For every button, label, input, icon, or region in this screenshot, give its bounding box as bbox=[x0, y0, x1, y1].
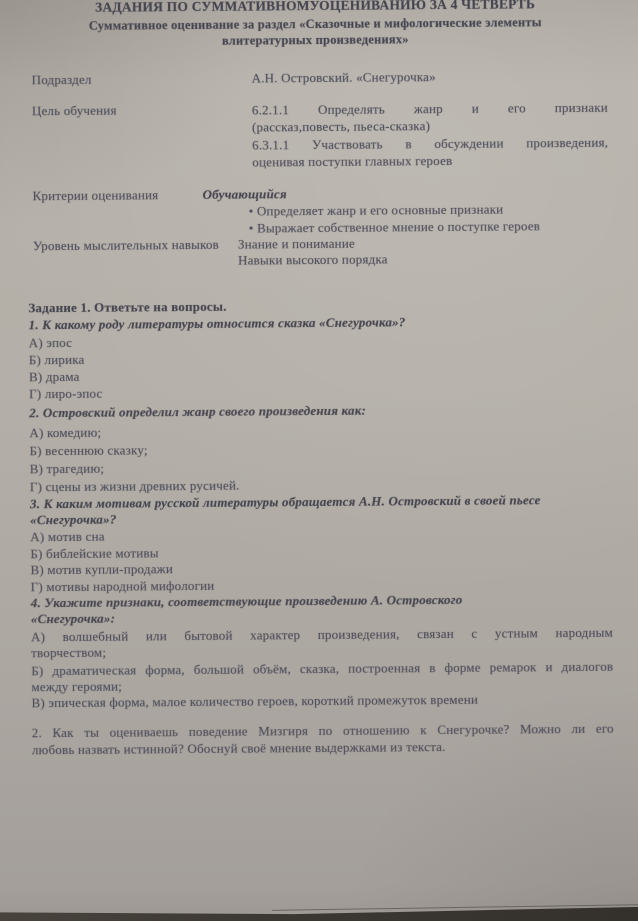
q3-option: Г) мотивы народной мифологии bbox=[31, 578, 215, 595]
q1-option: Г) лиро-эпос bbox=[29, 386, 103, 403]
meta-goal-label: Цель обучения bbox=[32, 103, 117, 120]
meta-level-line: Знание и понимание bbox=[238, 236, 355, 253]
q1-option: В) драма bbox=[29, 369, 80, 385]
q4-option-line: В) эпическая форма, малое количество гер… bbox=[31, 692, 478, 712]
q2-option: В) трагедию; bbox=[30, 461, 105, 478]
meta-level-line: Навыки высокого порядка bbox=[238, 251, 388, 268]
q1-option: Б) лирика bbox=[29, 352, 85, 368]
meta-subsection-value: А.Н. Островский. «Снегурочка» bbox=[252, 69, 436, 86]
meta-criteria-bullet: • Определяет жанр и его основные признак… bbox=[249, 202, 504, 220]
q4-option-line: между героями; bbox=[31, 679, 122, 696]
q4-option-line: Б) драматическая форма, большой объём, с… bbox=[31, 658, 613, 680]
free-question-line: любовь назвать истинной? Обоснуй своё мн… bbox=[32, 739, 446, 758]
q4-title-line: «Снегурочка»: bbox=[31, 611, 115, 628]
q4-option-line: А) волшебный или бытовой характер произв… bbox=[31, 624, 613, 646]
q3-option: Б) библейские мотивы bbox=[30, 545, 158, 562]
q3-option: В) мотив купли-продажи bbox=[30, 561, 173, 578]
meta-goal-line: (рассказ,повесть, пьеса-сказка) bbox=[252, 116, 608, 136]
document-page: ЗАДАНИЯ ПО СУММАТИВНОМУОЦЕНИВАНИЮ ЗА 4 Ч… bbox=[0, 0, 638, 921]
meta-goal-line: оценивая поступки главных героев bbox=[252, 151, 608, 171]
q3-option: А) мотив сна bbox=[30, 529, 105, 546]
meta-criteria-bullet: • Выражает собственное мнение о поступке… bbox=[249, 218, 540, 236]
q2-title: 2. Островский определил жанр своего прои… bbox=[29, 403, 366, 422]
meta-level-label: Уровень мыслительных навыков bbox=[33, 237, 219, 254]
photographed-document: ЗАДАНИЯ ПО СУММАТИВНОМУОЦЕНИВАНИЮ ЗА 4 Ч… bbox=[0, 0, 638, 921]
meta-subsection-label: Подраздел bbox=[32, 72, 92, 88]
meta-criteria-subject: Обучающийся bbox=[202, 186, 286, 203]
q1-title: 1. К какому роду литературы относится ск… bbox=[29, 314, 406, 333]
q3-title-line: 3. К каким мотивам русской литературы об… bbox=[30, 492, 541, 512]
q3-title-line: «Снегурочка»? bbox=[30, 512, 117, 529]
meta-criteria-label: Критерии оценивания bbox=[32, 187, 158, 204]
q2-option: Г) сцены из жизни древних русичей. bbox=[30, 478, 240, 496]
task-heading: Задание 1. Ответьте на вопросы. bbox=[28, 299, 226, 317]
q2-option: А) комедию; bbox=[29, 425, 101, 442]
doc-title: ЗАДАНИЯ ПО СУММАТИВНОМУОЦЕНИВАНИЮ ЗА 4 Ч… bbox=[0, 0, 634, 17]
q4-title-line: 4. Укажите признаки, соответствующие про… bbox=[31, 592, 463, 611]
q1-option: А) эпос bbox=[29, 335, 73, 351]
free-question-line: 2. Как ты оцениваешь поведение Мизгиря п… bbox=[32, 720, 614, 742]
q2-option: Б) весеннюю сказку; bbox=[29, 442, 147, 459]
q4-option-line: творчеством; bbox=[31, 645, 106, 662]
